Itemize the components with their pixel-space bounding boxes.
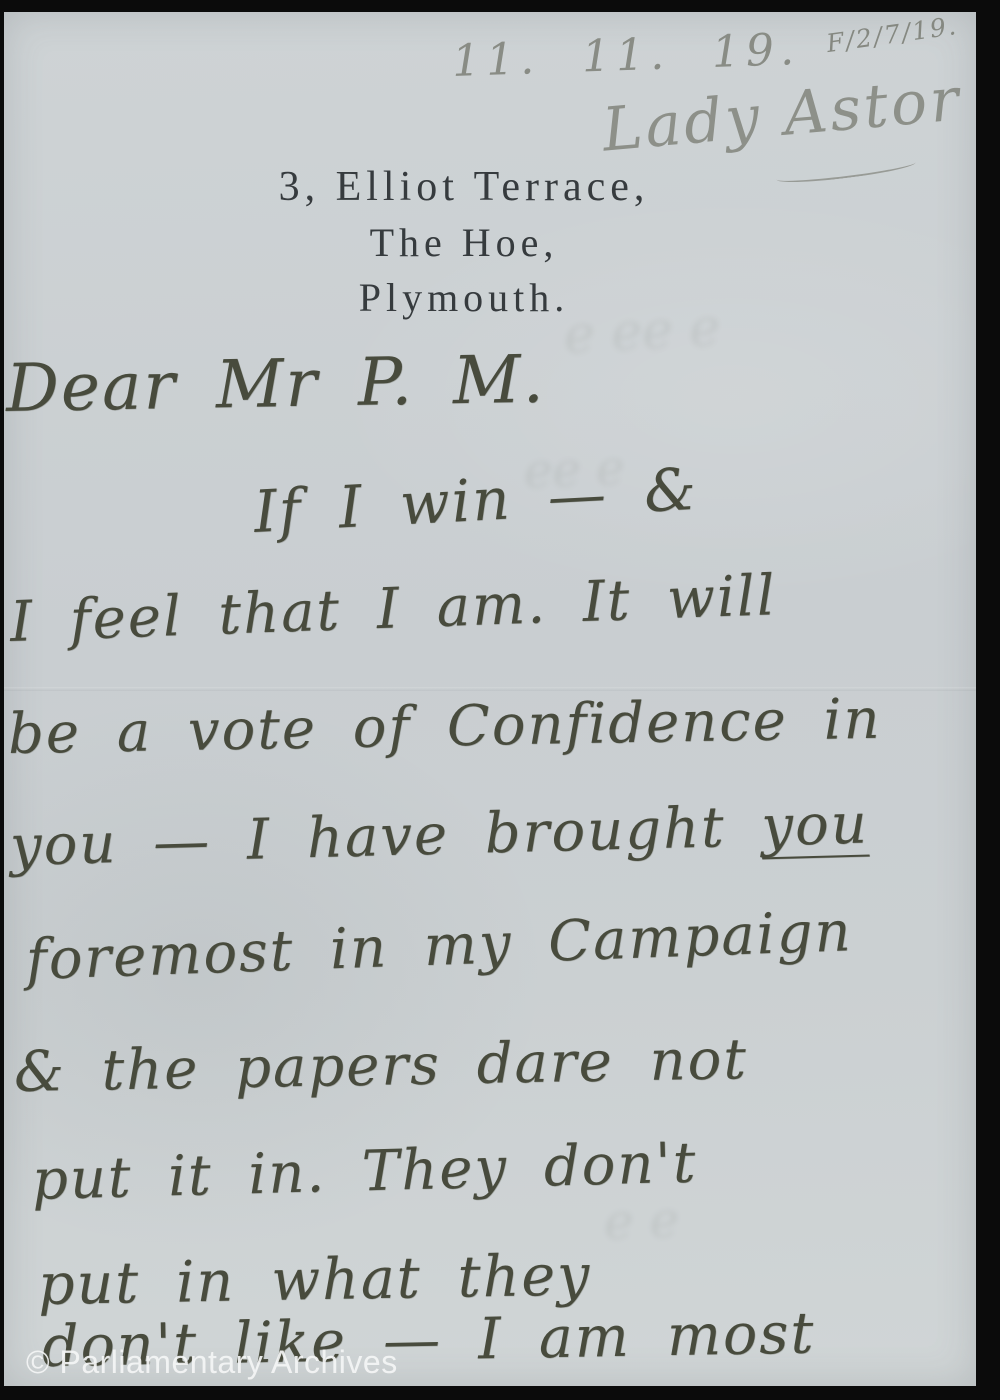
handwriting-line: & the papers dare not — [13, 1027, 748, 1105]
scanned-letter-photo: 11. 11. 19. F/2/7/19. Lady Astor 3, Elli… — [0, 0, 1000, 1400]
letterhead-address-line: The Hoe, — [4, 215, 924, 270]
printed-letterhead: 3, Elliot Terrace, The Hoe, Plymouth. — [4, 160, 924, 325]
archive-reference-number: F/2/7/19. — [825, 12, 960, 58]
handwritten-date: 11. 11. 19. — [451, 24, 800, 87]
paper-fold-crease — [4, 687, 976, 691]
handwriting-line: be a vote of Confidence in — [7, 687, 882, 767]
handwriting-line: foremost in my Campaign — [25, 899, 854, 993]
handwriting-line-text: you — I have brought — [9, 794, 762, 879]
handwriting-line: I feel that I am. It will — [9, 563, 778, 655]
letterhead-address-line: 3, Elliot Terrace, — [4, 160, 924, 215]
underlined-word: you — [760, 792, 869, 860]
ink-bleedthrough: e e — [603, 1191, 680, 1252]
letter-paper: 11. 11. 19. F/2/7/19. Lady Astor 3, Elli… — [4, 12, 976, 1386]
letterhead-address-line: Plymouth. — [4, 270, 924, 325]
parliamentary-archives-watermark: © Parliamentary Archives — [26, 1344, 398, 1381]
handwriting-line-salutation: Dear Mr P. M. — [5, 341, 546, 427]
handwriting-line: If I win — & — [252, 455, 699, 546]
handwriting-line: put it in. They don't — [31, 1131, 698, 1213]
handwriting-line: you — I have brought you — [9, 792, 869, 879]
